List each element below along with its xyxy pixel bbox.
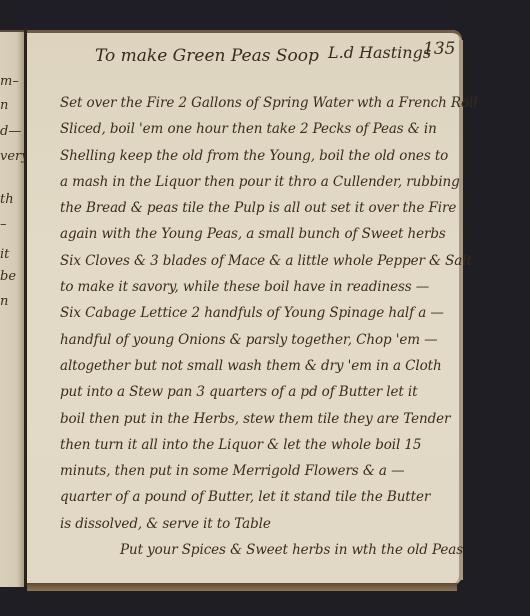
page-number: 135 [423, 39, 455, 59]
left-page-fragment: very [0, 149, 24, 164]
text-line: Six Cloves & 3 blades of Mace & a little… [60, 248, 460, 274]
text-line: a mash in the Liquor then pour it thro a… [60, 169, 460, 195]
text-line: Sliced, boil 'em one hour then take 2 Pe… [60, 116, 460, 142]
page-header: To make Green Peas Soop L.d Hastings 135 [95, 38, 530, 68]
text-line: to make it savory, while these boil have… [60, 274, 460, 300]
left-page-fragment: – [0, 217, 7, 232]
text-line-note: Put your Spices & Sweet herbs in wth the… [60, 537, 460, 563]
left-page-fragment: be [0, 269, 16, 284]
text-line: again with the Young Peas, a small bunch… [60, 221, 460, 247]
text-line: handful of young Onions & parsly togethe… [60, 327, 460, 353]
text-line: altogether but not small wash them & dry… [60, 353, 460, 379]
text-line: Set over the Fire 2 Gallons of Spring Wa… [60, 90, 460, 116]
left-page-fragment: n [0, 98, 8, 113]
text-line: then turn it all into the Liquor & let t… [60, 432, 460, 458]
text-line: minuts, then put in some Merrigold Flowe… [60, 458, 460, 484]
recipe-source: L.d Hastings [328, 43, 431, 62]
left-page-fragment: d— [0, 124, 21, 139]
text-line: the Bread & peas tile the Pulp is all ou… [60, 195, 460, 221]
left-page-fragment: n [0, 294, 8, 309]
recipe-title: To make Green Peas Soop [95, 46, 319, 66]
text-line: put into a Stew pan 3 quarters of a pd o… [60, 379, 460, 405]
text-line: is dissolved, & serve it to Table [60, 511, 460, 537]
left-page-fragment: it [0, 247, 9, 262]
text-line: Six Cabage Lettice 2 handfuls of Young S… [60, 300, 460, 326]
left-page-fragment: m– [0, 74, 19, 89]
left-page-fragment: th [0, 192, 14, 207]
text-line: Shelling keep the old from the Young, bo… [60, 143, 460, 169]
text-line: boil then put in the Herbs, stew them ti… [60, 406, 460, 432]
recipe-body: Set over the Fire 2 Gallons of Spring Wa… [60, 90, 460, 563]
left-page-edge: m– n d— very th – it be n [0, 30, 24, 587]
text-line: quarter of a pound of Butter, let it sta… [60, 484, 460, 510]
page-bottom-edge [27, 583, 457, 591]
